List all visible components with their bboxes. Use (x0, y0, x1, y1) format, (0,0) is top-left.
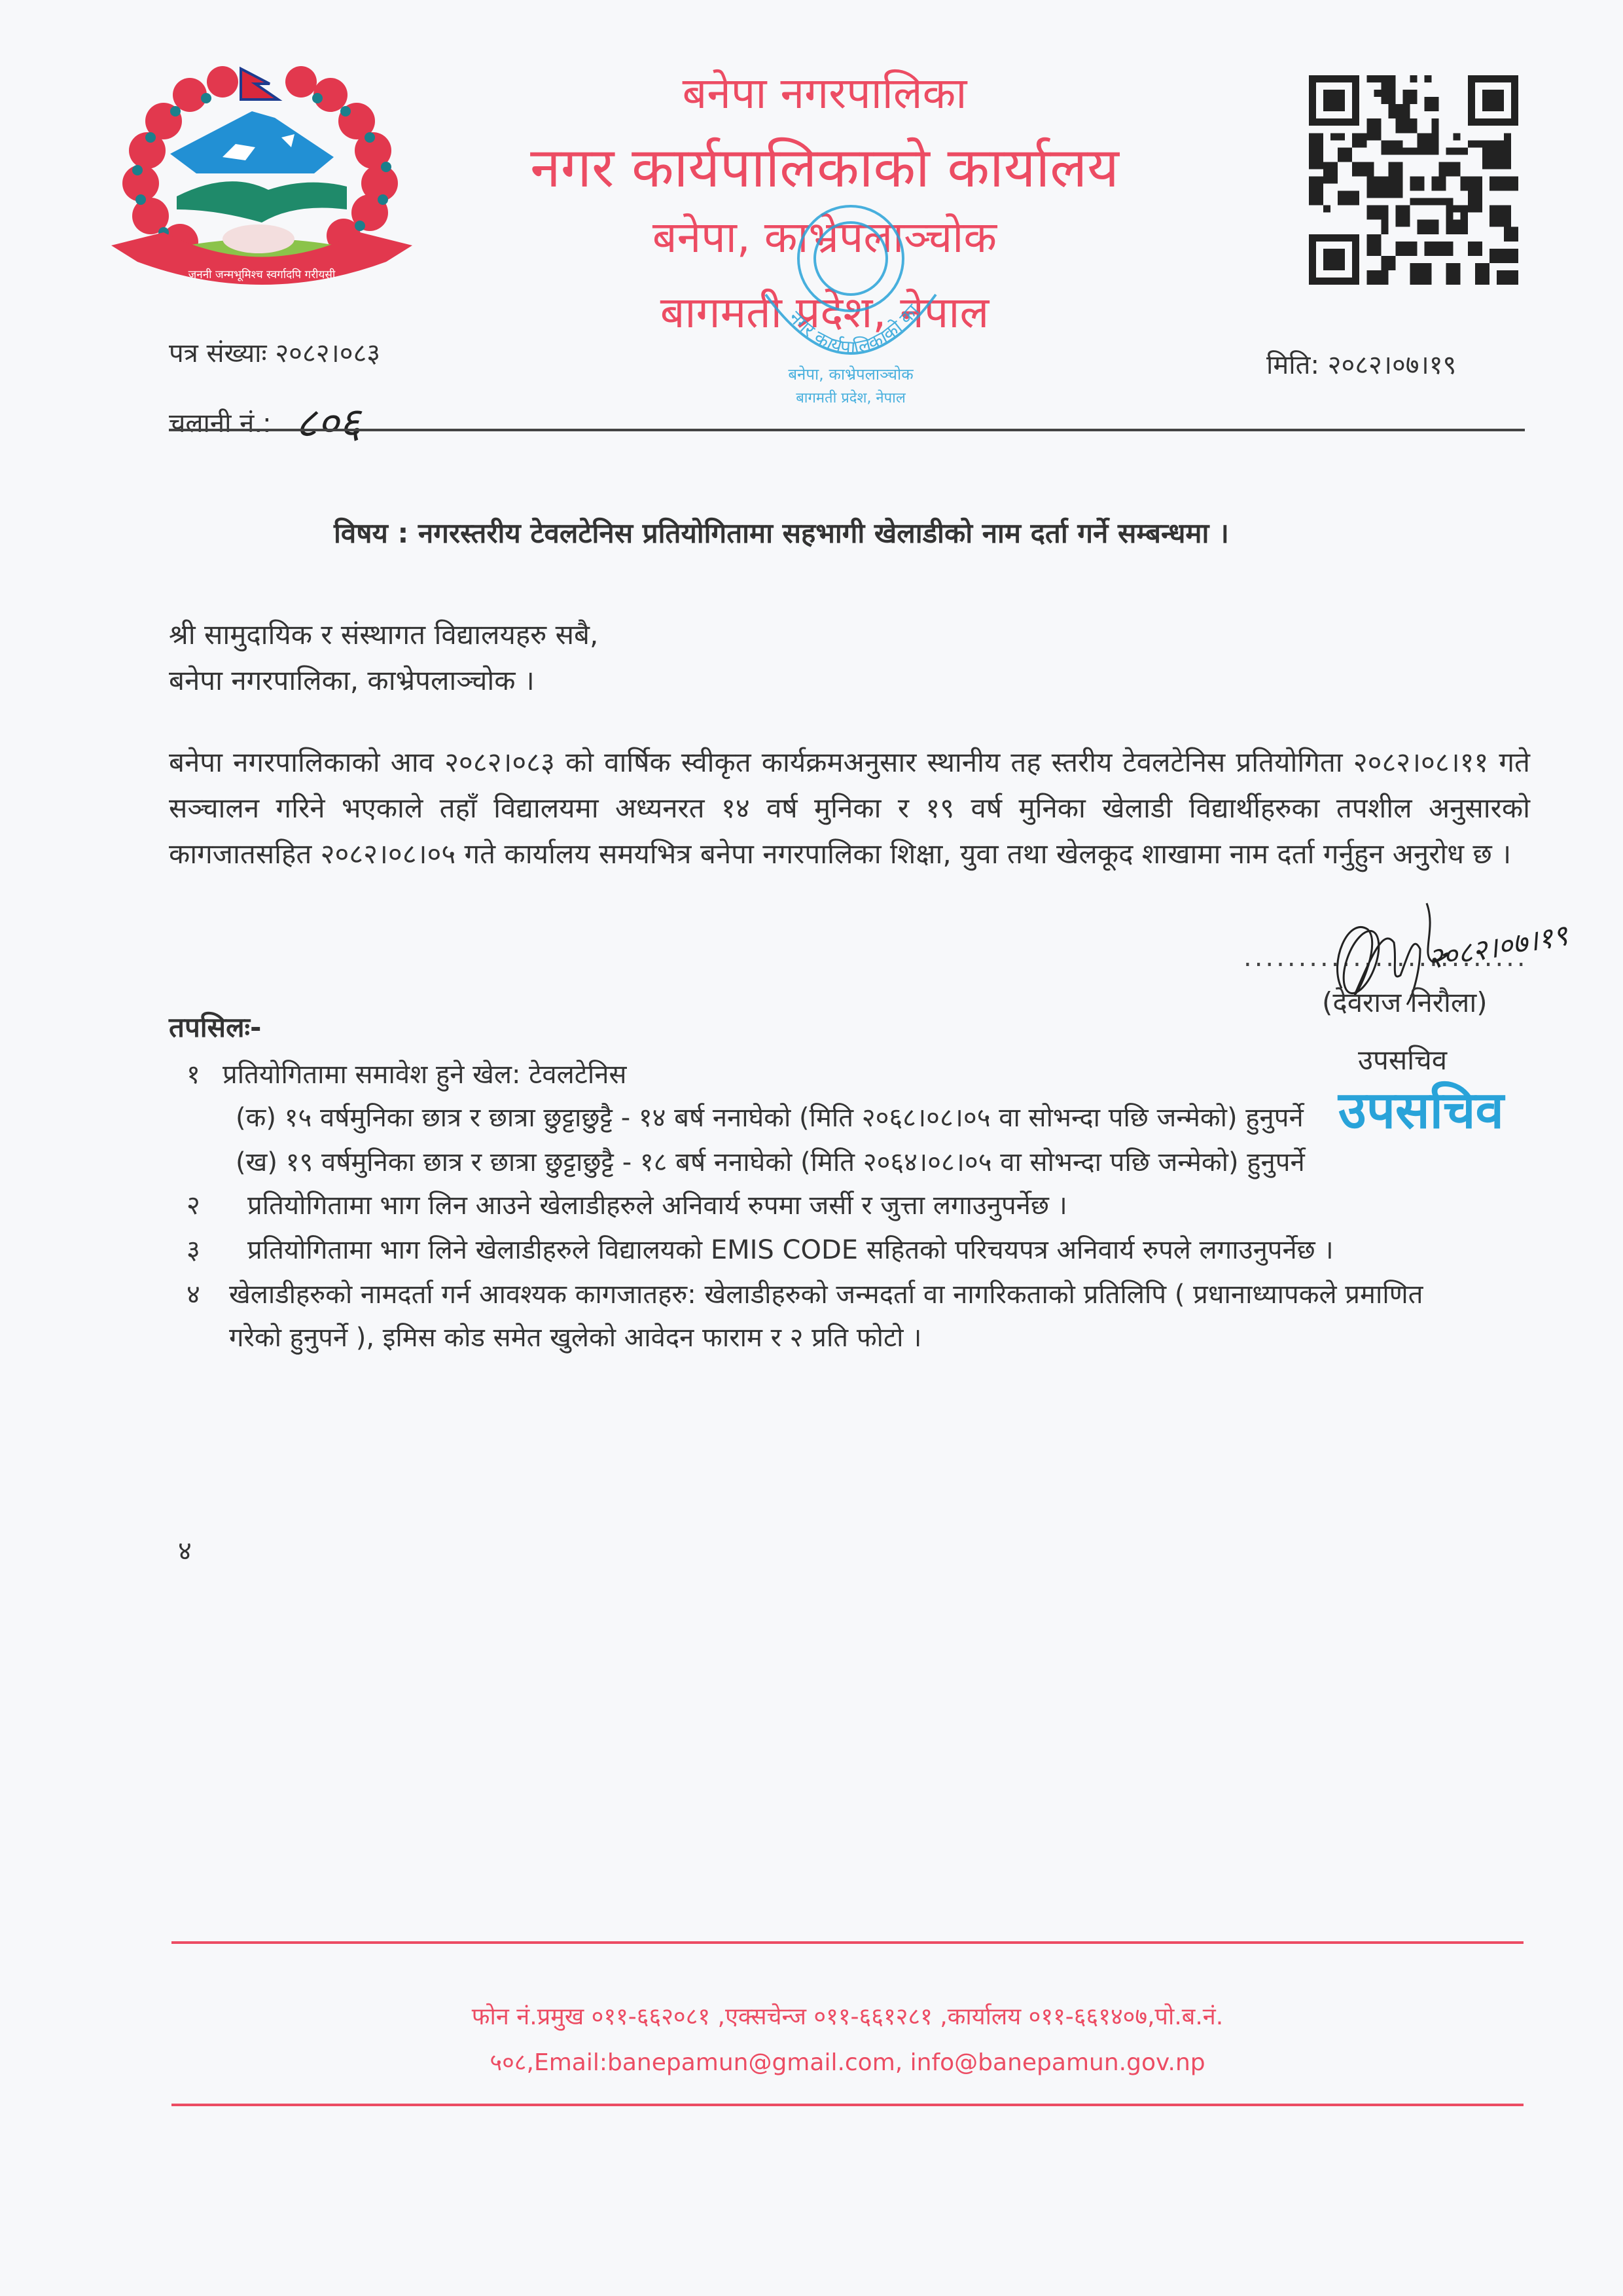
designation-stamp: उपसचिव (1338, 1073, 1504, 1143)
date-label: मिति: (1266, 350, 1319, 380)
page-mark: ४ (178, 1532, 192, 1568)
footer-contact-email[interactable]: ५०८,Email:banepamun@gmail.com, info@bane… (171, 2045, 1524, 2077)
body-paragraph: बनेपा नगरपालिकाको आव २०८२।०८३ को वार्षिक… (169, 740, 1530, 877)
dispatch-number: चलानी नं.: ८०६ (169, 387, 361, 444)
dispatch-value-handwritten: ८०६ (295, 399, 361, 448)
list-item: प्रतियोगितामा भाग लिने खेलाडीहरुले विद्य… (247, 1230, 1334, 1266)
footer-divider-bottom (171, 2104, 1524, 2106)
reference-label: पत्र संख्याः (169, 338, 267, 368)
list-item-number: ३ (187, 1230, 200, 1266)
list-item: प्रतियोगितामा भाग लिन आउने खेलाडीहरुले अ… (247, 1186, 1067, 1222)
dispatch-label: चलानी नं.: (169, 408, 272, 439)
qr-code[interactable] (1309, 75, 1518, 285)
reference-value: २०८२।०८३ (275, 338, 380, 368)
footer-contact-phone: फोन नं.प्रमुख ०११-६६२०८१ ,एक्सचेन्ज ०११-… (171, 2000, 1524, 2032)
list-item: प्रतियोगितामा समावेश हुने खेल: टेवलटेनिस (223, 1055, 626, 1091)
addressee-line-1: श्री सामुदायिक र संस्थागत विद्यालयहरु सब… (169, 615, 598, 653)
list-item-number: ४ (187, 1275, 200, 1311)
list-item: खेलाडीहरुको नामदर्ता गर्न आवश्यक कागजातह… (229, 1275, 1423, 1311)
office-name: नगर कार्यपालिकाको कार्यालय (393, 128, 1257, 203)
list-subitem: (क) १५ वर्षमुनिका छात्र र छात्रा छुट्टाछ… (236, 1098, 1304, 1134)
signatory-title: उपसचिव (1358, 1041, 1447, 1078)
svg-text:नगर कार्यपालिकाको कार्यालय: नगर कार्यपालिकाको कार्यालय (746, 196, 924, 359)
reference-number: पत्र संख्याः २०८२।०८३ (169, 334, 380, 370)
list-item-continuation: गरेको हुनुपर्ने ), इमिस कोड समेत खुलेको … (229, 1318, 921, 1354)
signatory-name: (देवराज निरौला) (1322, 983, 1488, 1020)
letter-subject: विषय : नगरस्तरीय टेवलटेनिस प्रतियोगितामा… (334, 514, 1229, 551)
list-item-number: १ (187, 1055, 200, 1091)
date-value: २०८२।०७।१९ (1328, 350, 1457, 380)
official-seal-stamp: नगर कार्यपालिकाको कार्यालय बनेपा, काभ्रे… (746, 196, 955, 419)
footer-divider-top (171, 1941, 1524, 1944)
municipality-name: बनेपा नगरपालिका (393, 62, 1257, 121)
list-subitem: (ख) १९ वर्षमुनिका छात्र र छात्रा छुट्टाछ… (236, 1143, 1305, 1179)
list-item-number: २ (187, 1186, 200, 1222)
header-divider (169, 429, 1525, 431)
details-heading: तपसिलः- (169, 1008, 261, 1045)
svg-text:बनेपा, काभ्रेपलाञ्चोक: बनेपा, काभ्रेपलाञ्चोक (788, 365, 914, 384)
svg-text:बागमती प्रदेश, नेपाल: बागमती प्रदेश, नेपाल (796, 389, 906, 406)
addressee-line-2: बनेपा नगरपालिका, काभ्रेपलाञ्चोक । (169, 661, 535, 698)
nepal-emblem-logo: जननी जन्मभूमिश्च स्वर्गादपि गरीयसी (98, 59, 425, 321)
letter-date: मिति: २०८२।०७।१९ (1266, 346, 1456, 382)
svg-text:जननी जन्मभूमिश्च स्वर्गादपि गर: जननी जन्मभूमिश्च स्वर्गादपि गरीयसी (188, 268, 336, 281)
